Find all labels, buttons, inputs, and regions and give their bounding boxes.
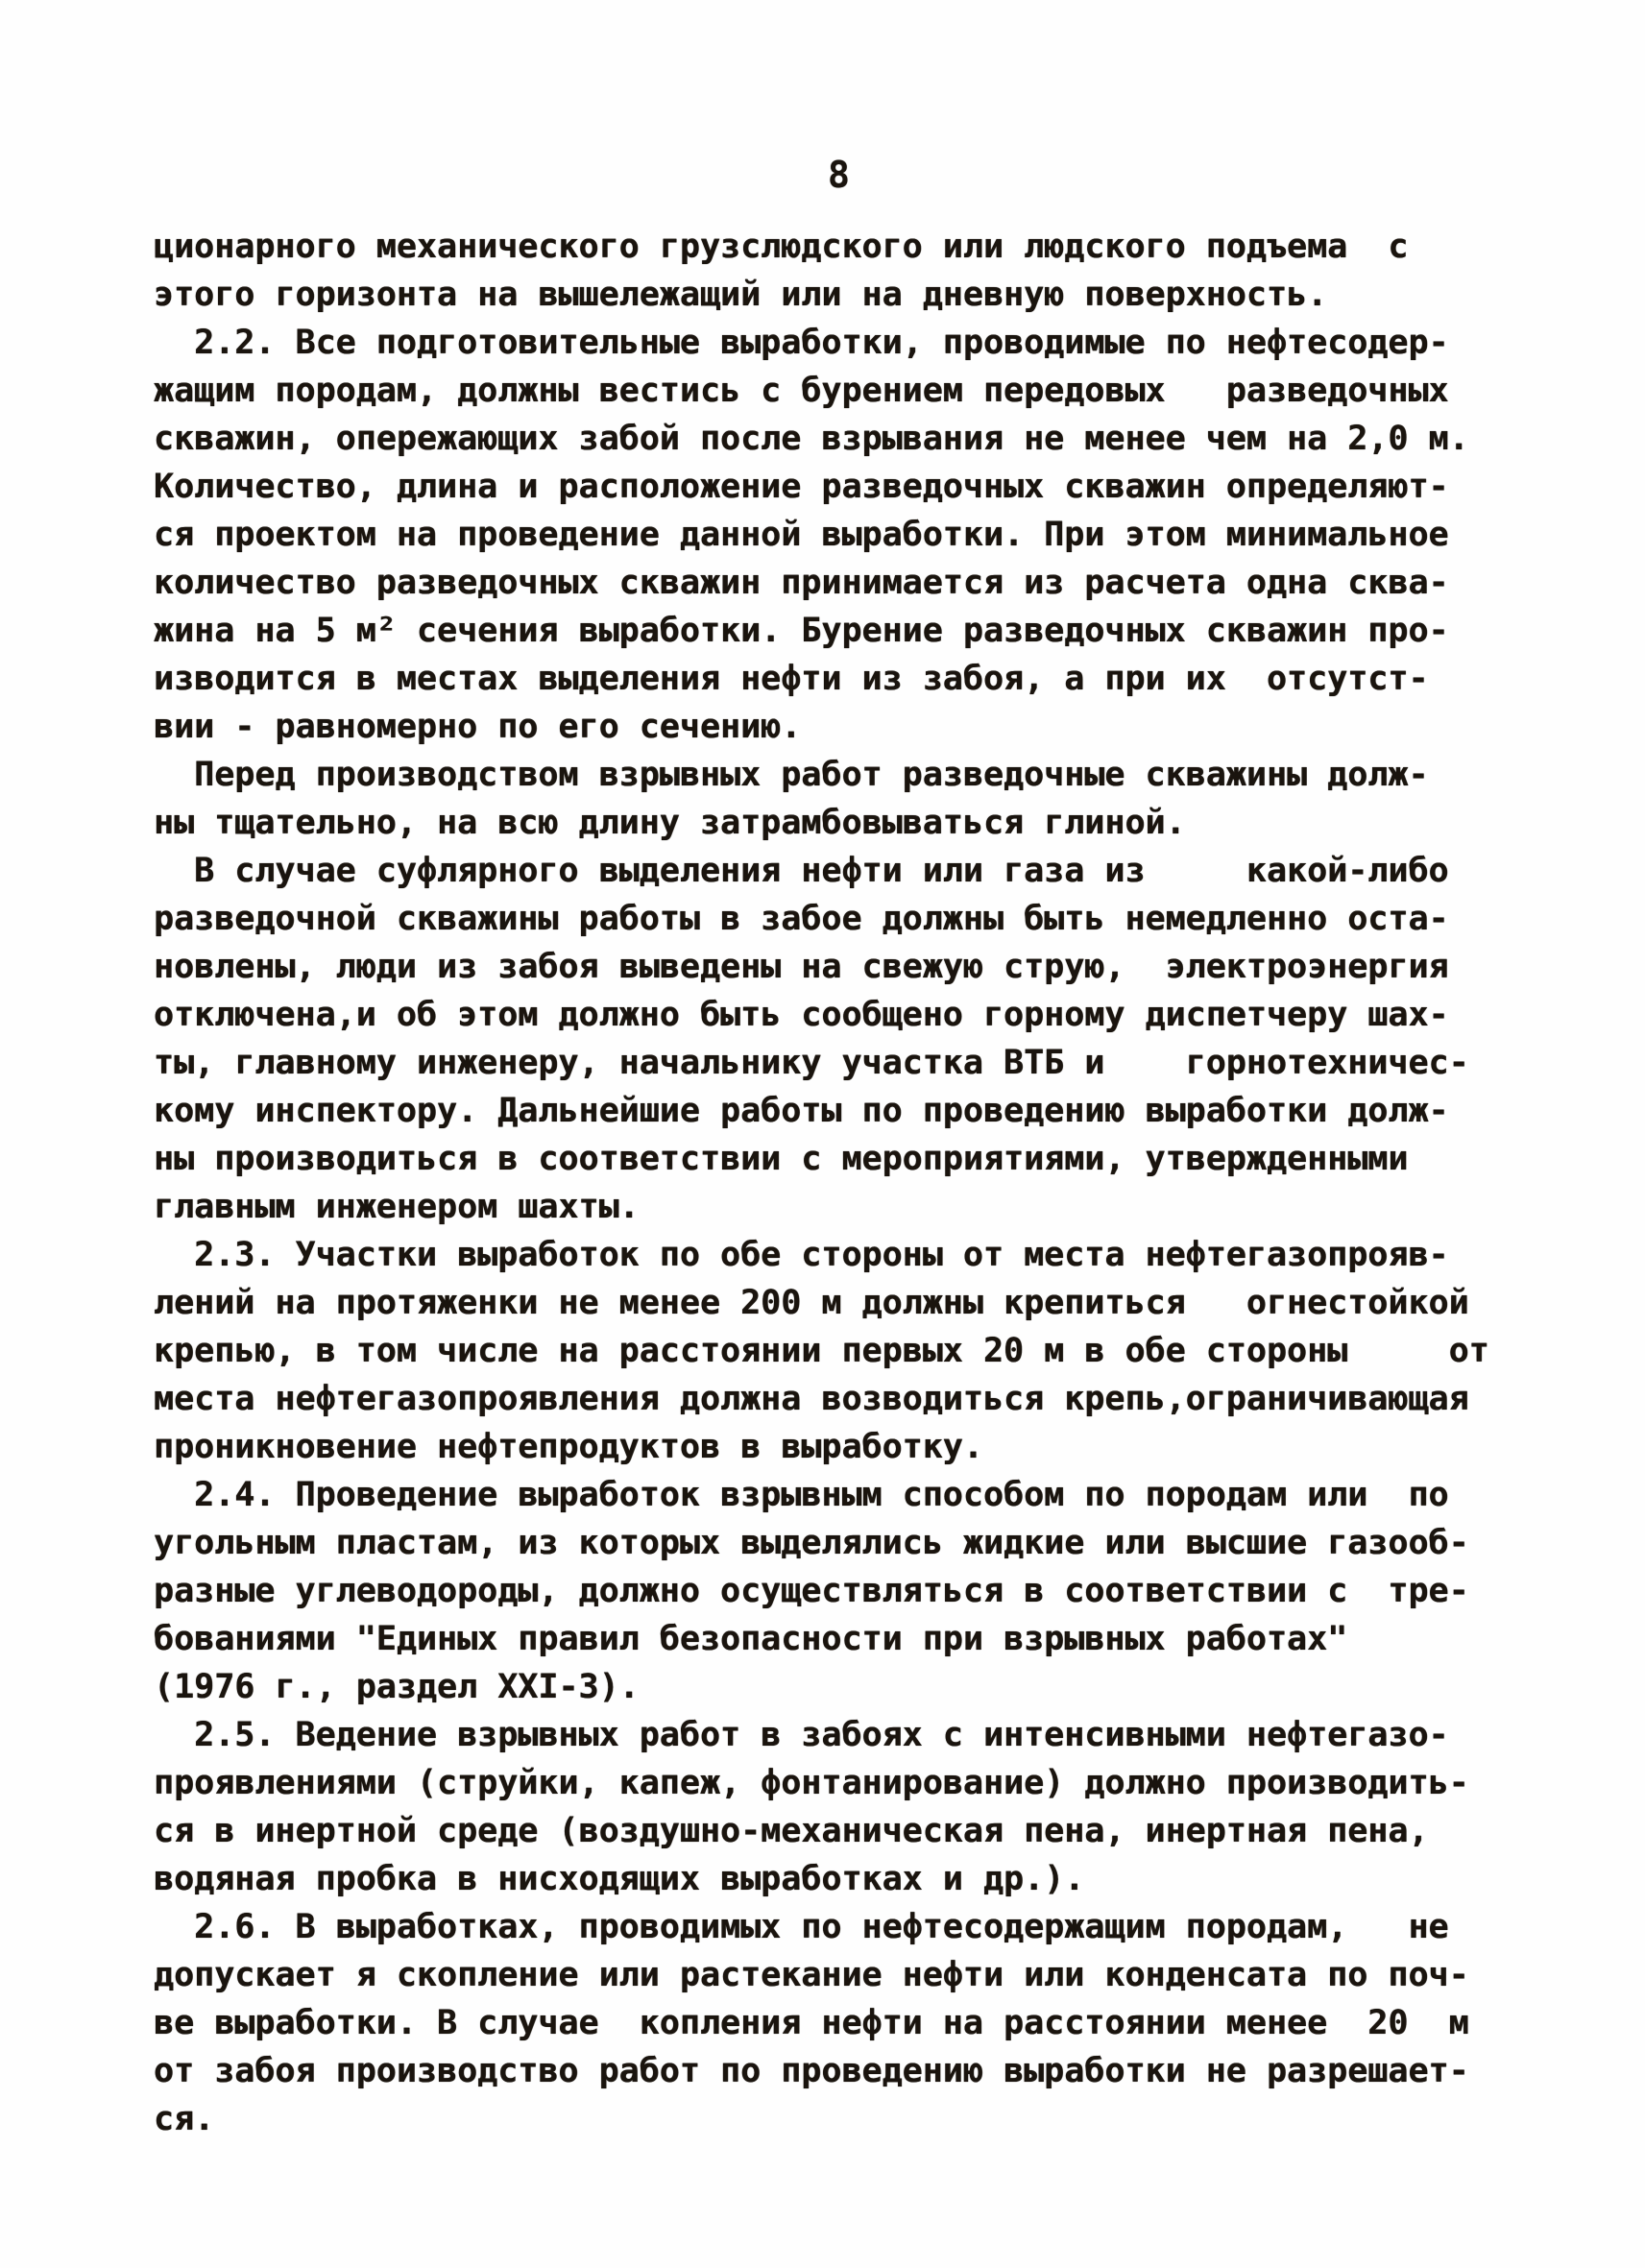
- text-line: изводится в местах выделения нефти из за…: [154, 655, 1517, 703]
- text-line: В случае суфлярного выделения нефти или …: [154, 847, 1517, 895]
- text-line: разведочной скважины работы в забое долж…: [154, 895, 1517, 943]
- text-line: количество разведочных скважин принимает…: [154, 559, 1517, 607]
- text-line: 2.5. Ведение взрывных работ в забоях с и…: [154, 1711, 1517, 1759]
- page-number: 8: [828, 154, 850, 196]
- text-line: лений на протяженки не менее 200 м должн…: [154, 1279, 1517, 1327]
- para-2-5-inert-environment: 2.5. Ведение взрывных работ в забоях с и…: [154, 1711, 1517, 1903]
- text-line: новлены, люди из забоя выведены на свежу…: [154, 943, 1517, 991]
- text-line: Перед производством взрывных работ разве…: [154, 751, 1517, 799]
- text-line: ве выработки. В случае копления нефти на…: [154, 1999, 1517, 2047]
- text-line: 2.6. В выработках, проводимых по нефтесо…: [154, 1903, 1517, 1951]
- text-line: проникновение нефтепродуктов в выработку…: [154, 1423, 1517, 1471]
- para-2-4-blasting-rules: 2.4. Проведение выработок взрывным спосо…: [154, 1471, 1517, 1711]
- text-line: ся проектом на проведение данной выработ…: [154, 511, 1517, 559]
- text-line: жащим породам, должны вестись с бурением…: [154, 367, 1517, 415]
- text-line: водяная пробка в нисходящих выработках и…: [154, 1855, 1517, 1903]
- para-continuation-hoisting: ционарного механического грузслюдского и…: [154, 223, 1517, 319]
- text-line: 2.3. Участки выработок по обе стороны от…: [154, 1231, 1517, 1279]
- para-2-2-advance-drilling: 2.2. Все подготовительные выработки, про…: [154, 319, 1517, 751]
- text-line: ны производиться в соответствии с меропр…: [154, 1135, 1517, 1183]
- text-line: ся.: [154, 2095, 1517, 2143]
- text-line: допускает я скопление или растекание неф…: [154, 1951, 1517, 1999]
- text-line: бованиями "Единых правил безопасности пр…: [154, 1615, 1517, 1663]
- text-line: Количество, длина и расположение разведо…: [154, 463, 1517, 511]
- text-line: кому инспектору. Дальнейшие работы по пр…: [154, 1087, 1517, 1135]
- para-tamping-before-blasting: Перед производством взрывных работ разве…: [154, 751, 1517, 847]
- text-line: ты, главному инженеру, начальнику участк…: [154, 1039, 1517, 1087]
- text-line: крепью, в том числе на расстоянии первых…: [154, 1327, 1517, 1375]
- para-2-3-fireproof-support: 2.3. Участки выработок по обе стороны от…: [154, 1231, 1517, 1471]
- text-line: отключена,и об этом должно быть сообщено…: [154, 991, 1517, 1039]
- text-line: вии - равномерно по его сечению.: [154, 703, 1517, 751]
- text-line: разные углеводороды, должно осуществлять…: [154, 1567, 1517, 1615]
- text-line: ны тщательно, на всю длину затрамбовыват…: [154, 799, 1517, 847]
- text-line: этого горизонта на вышележащий или на дн…: [154, 271, 1517, 319]
- text-line: (1976 г., раздел XXI-3).: [154, 1663, 1517, 1711]
- text-line: угольным пластам, из которых выделялись …: [154, 1519, 1517, 1567]
- text-line: от забоя производство работ по проведени…: [154, 2047, 1517, 2095]
- text-line: места нефтегазопроявления должна возводи…: [154, 1375, 1517, 1423]
- text-line: 2.2. Все подготовительные выработки, про…: [154, 319, 1517, 367]
- text-line: 2.4. Проведение выработок взрывным спосо…: [154, 1471, 1517, 1519]
- para-oil-gas-release-procedure: В случае суфлярного выделения нефти или …: [154, 847, 1517, 1231]
- document-page: 8 ционарного механического грузслюдского…: [0, 0, 1645, 2268]
- text-line: скважин, опережающих забой после взрыван…: [154, 415, 1517, 463]
- text-line: проявлениями (струйки, капеж, фонтаниров…: [154, 1759, 1517, 1807]
- text-line: ционарного механического грузслюдского и…: [154, 223, 1517, 271]
- text-line: жина на 5 м² сечения выработки. Бурение …: [154, 607, 1517, 655]
- document-body: ционарного механического грузслюдского и…: [154, 223, 1517, 2143]
- text-line: ся в инертной среде (воздушно-механическ…: [154, 1807, 1517, 1855]
- para-2-6-oil-accumulation: 2.6. В выработках, проводимых по нефтесо…: [154, 1903, 1517, 2143]
- text-line: главным инженером шахты.: [154, 1183, 1517, 1231]
